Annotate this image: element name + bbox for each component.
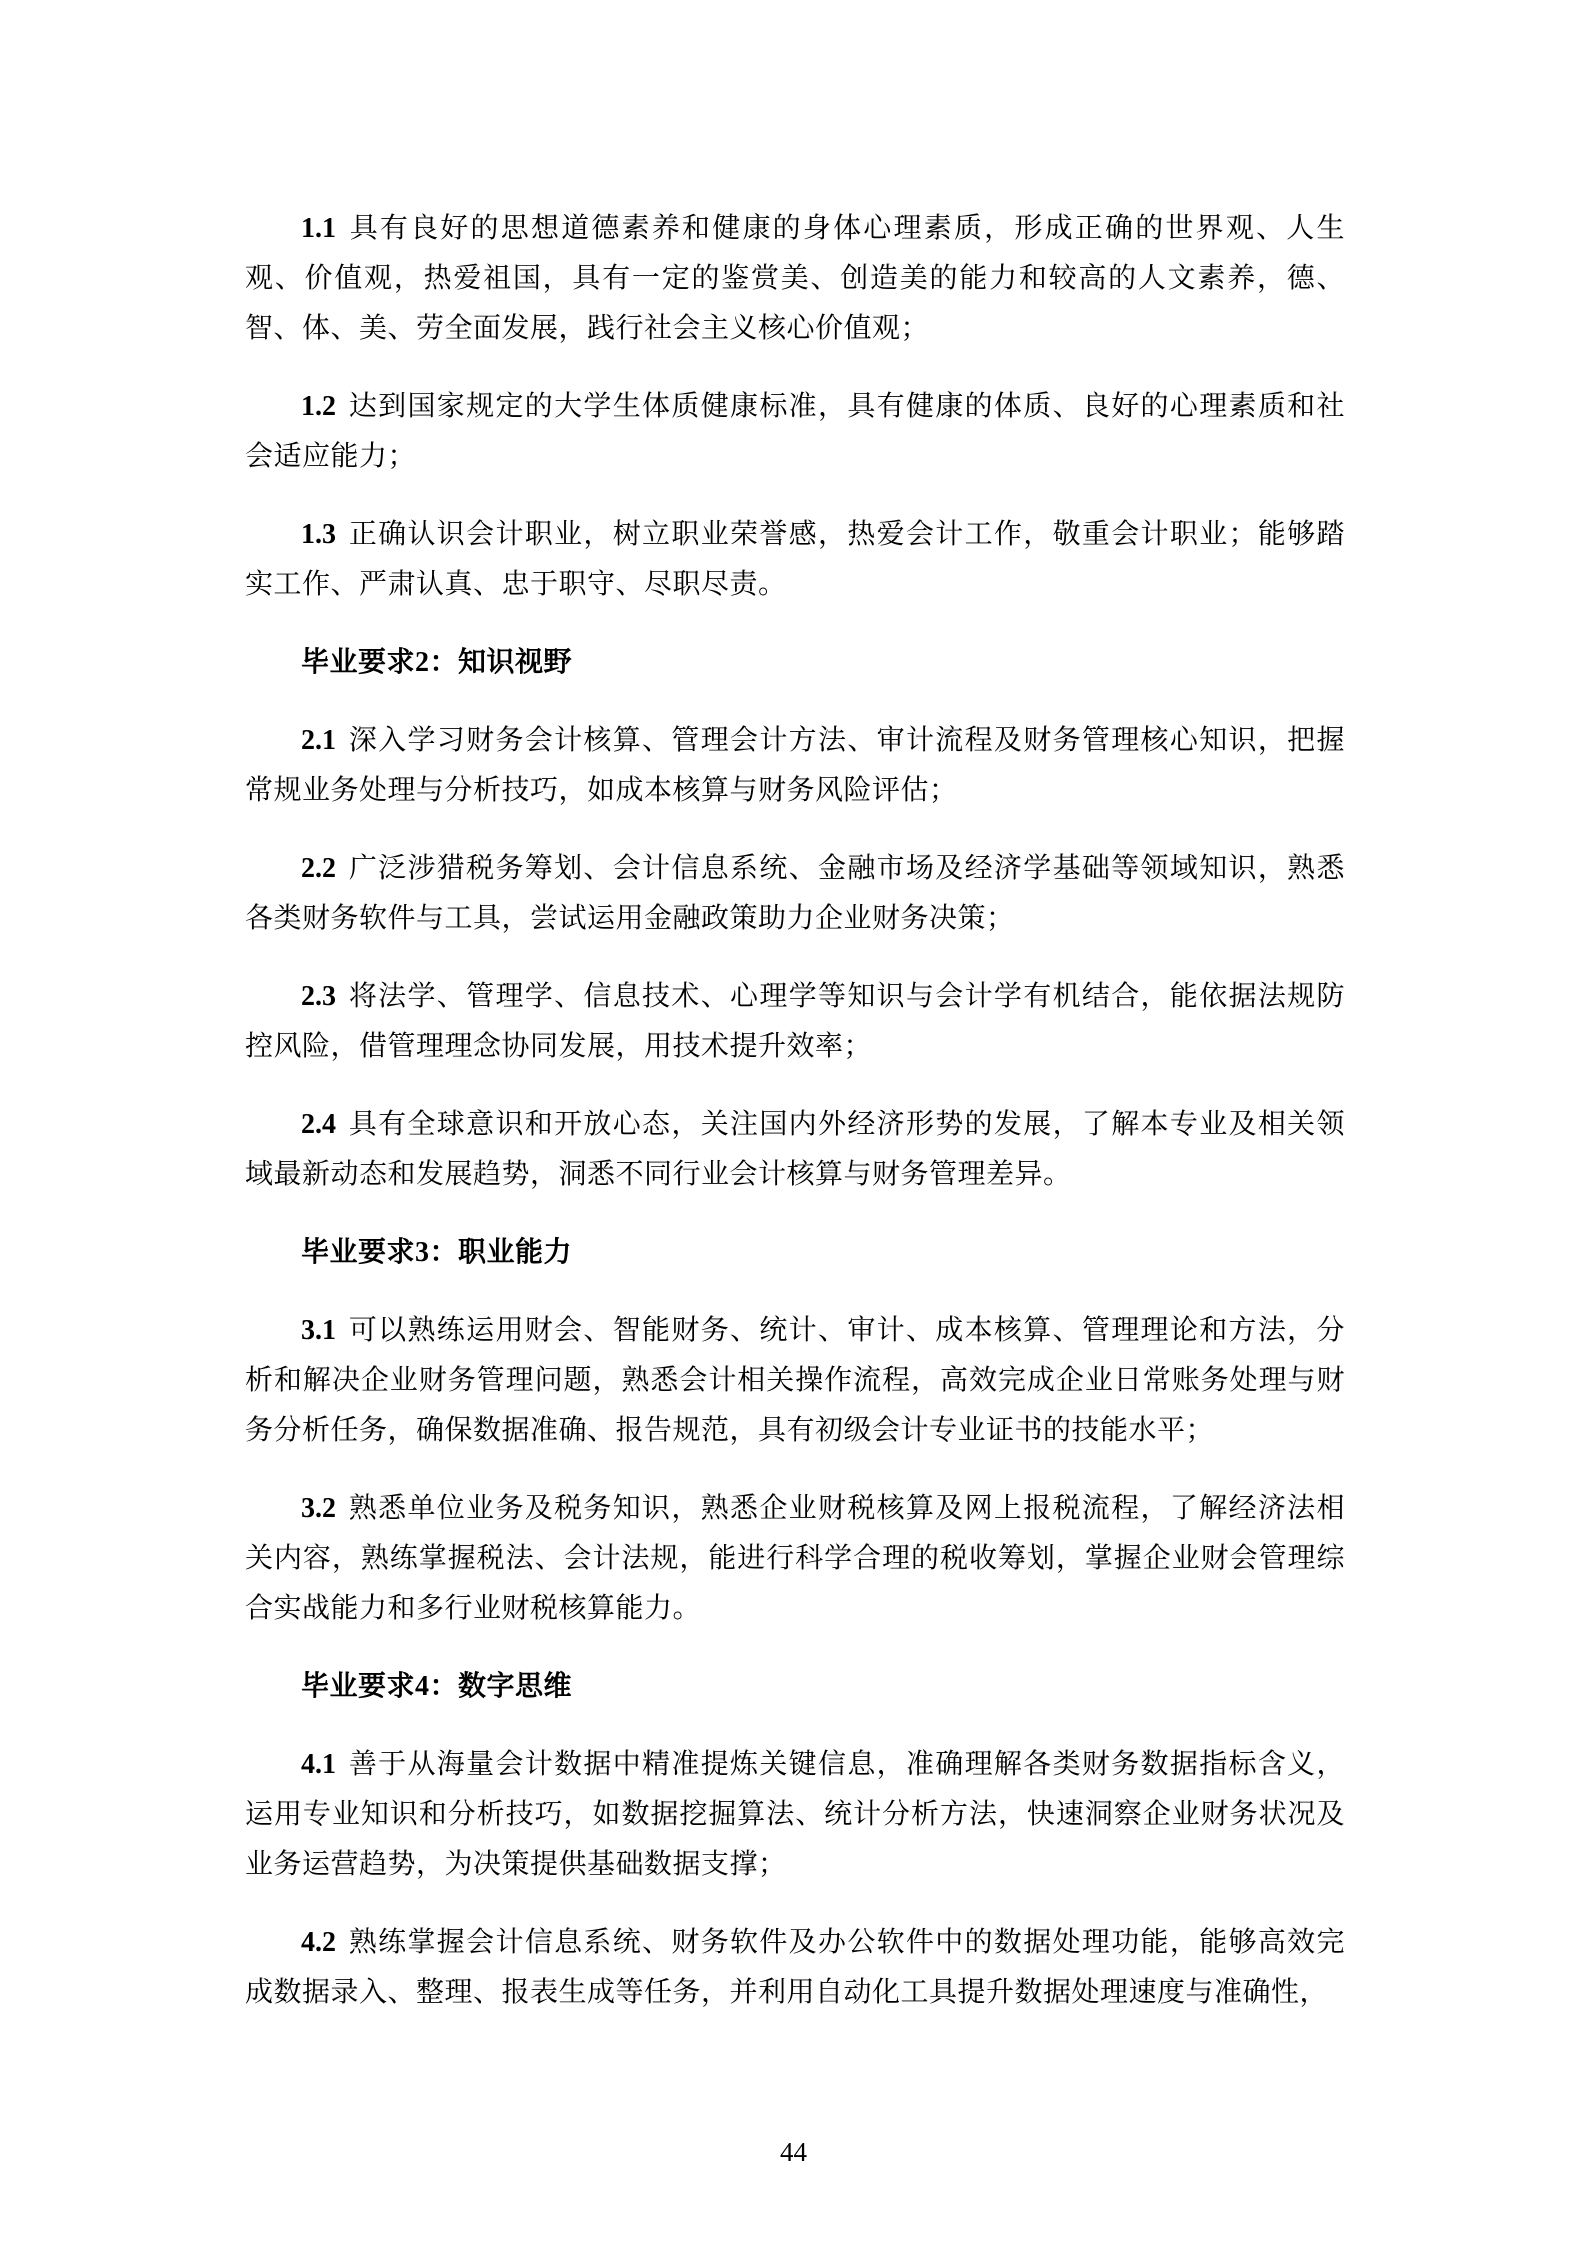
paragraph-2-1: 2.1深入学习财务会计核算、管理会计方法、审计流程及财务管理核心知识，把握常规业… <box>245 716 1345 816</box>
paragraph-number: 4.2 <box>301 1927 336 1958</box>
paragraph-text: 可以熟练运用财会、智能财务、统计、审计、成本核算、管理理论和方法，分析和解决企业… <box>245 1315 1345 1446</box>
paragraph-text: 达到国家规定的大学生体质健康标准，具有健康的体质、良好的心理素质和社会适应能力； <box>245 391 1345 472</box>
paragraph-text: 具有良好的思想道德素养和健康的身体心理素质，形成正确的世界观、人生观、价值观，热… <box>245 213 1345 344</box>
paragraph-text: 深入学习财务会计核算、管理会计方法、审计流程及财务管理核心知识，把握常规业务处理… <box>245 725 1345 806</box>
paragraph-number: 1.2 <box>301 391 336 422</box>
paragraph-text: 具有全球意识和开放心态，关注国内外经济形势的发展，了解本专业及相关领域最新动态和… <box>245 1109 1345 1190</box>
paragraph-3-1: 3.1可以熟练运用财会、智能财务、统计、审计、成本核算、管理理论和方法，分析和解… <box>245 1306 1345 1456</box>
paragraph-number: 3.2 <box>301 1493 336 1524</box>
page-text-body: 1.1具有良好的思想道德素养和健康的身体心理素质，形成正确的世界观、人生观、价值… <box>245 204 1345 2046</box>
section-heading-requirement-4: 毕业要求4：数字思维 <box>245 1662 1345 1712</box>
paragraph-2-2: 2.2广泛涉猎税务筹划、会计信息系统、金融市场及经济学基础等领域知识，熟悉各类财… <box>245 844 1345 944</box>
page-number: 44 <box>0 2134 1587 2170</box>
paragraph-text: 熟练掌握会计信息系统、财务软件及办公软件中的数据处理功能，能够高效完成数据录入、… <box>245 1927 1345 2008</box>
paragraph-number: 4.1 <box>301 1749 336 1780</box>
paragraph-1-1: 1.1具有良好的思想道德素养和健康的身体心理素质，形成正确的世界观、人生观、价值… <box>245 204 1345 354</box>
paragraph-number: 1.3 <box>301 519 336 550</box>
section-heading-requirement-3: 毕业要求3：职业能力 <box>245 1228 1345 1278</box>
paragraph-number: 2.1 <box>301 725 336 756</box>
paragraph-3-2: 3.2熟悉单位业务及税务知识，熟悉企业财税核算及网上报税流程，了解经济法相关内容… <box>245 1484 1345 1634</box>
paragraph-text: 正确认识会计职业，树立职业荣誉感，热爱会计工作，敬重会计职业；能够踏实工作、严肃… <box>245 519 1345 600</box>
paragraph-2-3: 2.3将法学、管理学、信息技术、心理学等知识与会计学有机结合，能依据法规防控风险… <box>245 972 1345 1072</box>
paragraph-4-1: 4.1善于从海量会计数据中精准提炼关键信息，准确理解各类财务数据指标含义，运用专… <box>245 1740 1345 1890</box>
paragraph-4-2: 4.2熟练掌握会计信息系统、财务软件及办公软件中的数据处理功能，能够高效完成数据… <box>245 1918 1345 2018</box>
paragraph-text: 熟悉单位业务及税务知识，熟悉企业财税核算及网上报税流程，了解经济法相关内容，熟练… <box>245 1493 1345 1624</box>
paragraph-text: 将法学、管理学、信息技术、心理学等知识与会计学有机结合，能依据法规防控风险，借管… <box>245 981 1345 1062</box>
paragraph-number: 2.4 <box>301 1109 336 1140</box>
paragraph-number: 1.1 <box>301 213 336 244</box>
paragraph-1-3: 1.3正确认识会计职业，树立职业荣誉感，热爱会计工作，敬重会计职业；能够踏实工作… <box>245 510 1345 610</box>
paragraph-text: 善于从海量会计数据中精准提炼关键信息，准确理解各类财务数据指标含义，运用专业知识… <box>245 1749 1345 1880</box>
paragraph-number: 2.2 <box>301 853 336 884</box>
paragraph-number: 2.3 <box>301 981 336 1012</box>
paragraph-text: 广泛涉猎税务筹划、会计信息系统、金融市场及经济学基础等领域知识，熟悉各类财务软件… <box>245 853 1345 934</box>
paragraph-1-2: 1.2达到国家规定的大学生体质健康标准，具有健康的体质、良好的心理素质和社会适应… <box>245 382 1345 482</box>
paragraph-number: 3.1 <box>301 1315 336 1346</box>
section-heading-requirement-2: 毕业要求2：知识视野 <box>245 638 1345 688</box>
document-page: 1.1具有良好的思想道德素养和健康的身体心理素质，形成正确的世界观、人生观、价值… <box>0 0 1587 2245</box>
paragraph-2-4: 2.4具有全球意识和开放心态，关注国内外经济形势的发展，了解本专业及相关领域最新… <box>245 1100 1345 1200</box>
